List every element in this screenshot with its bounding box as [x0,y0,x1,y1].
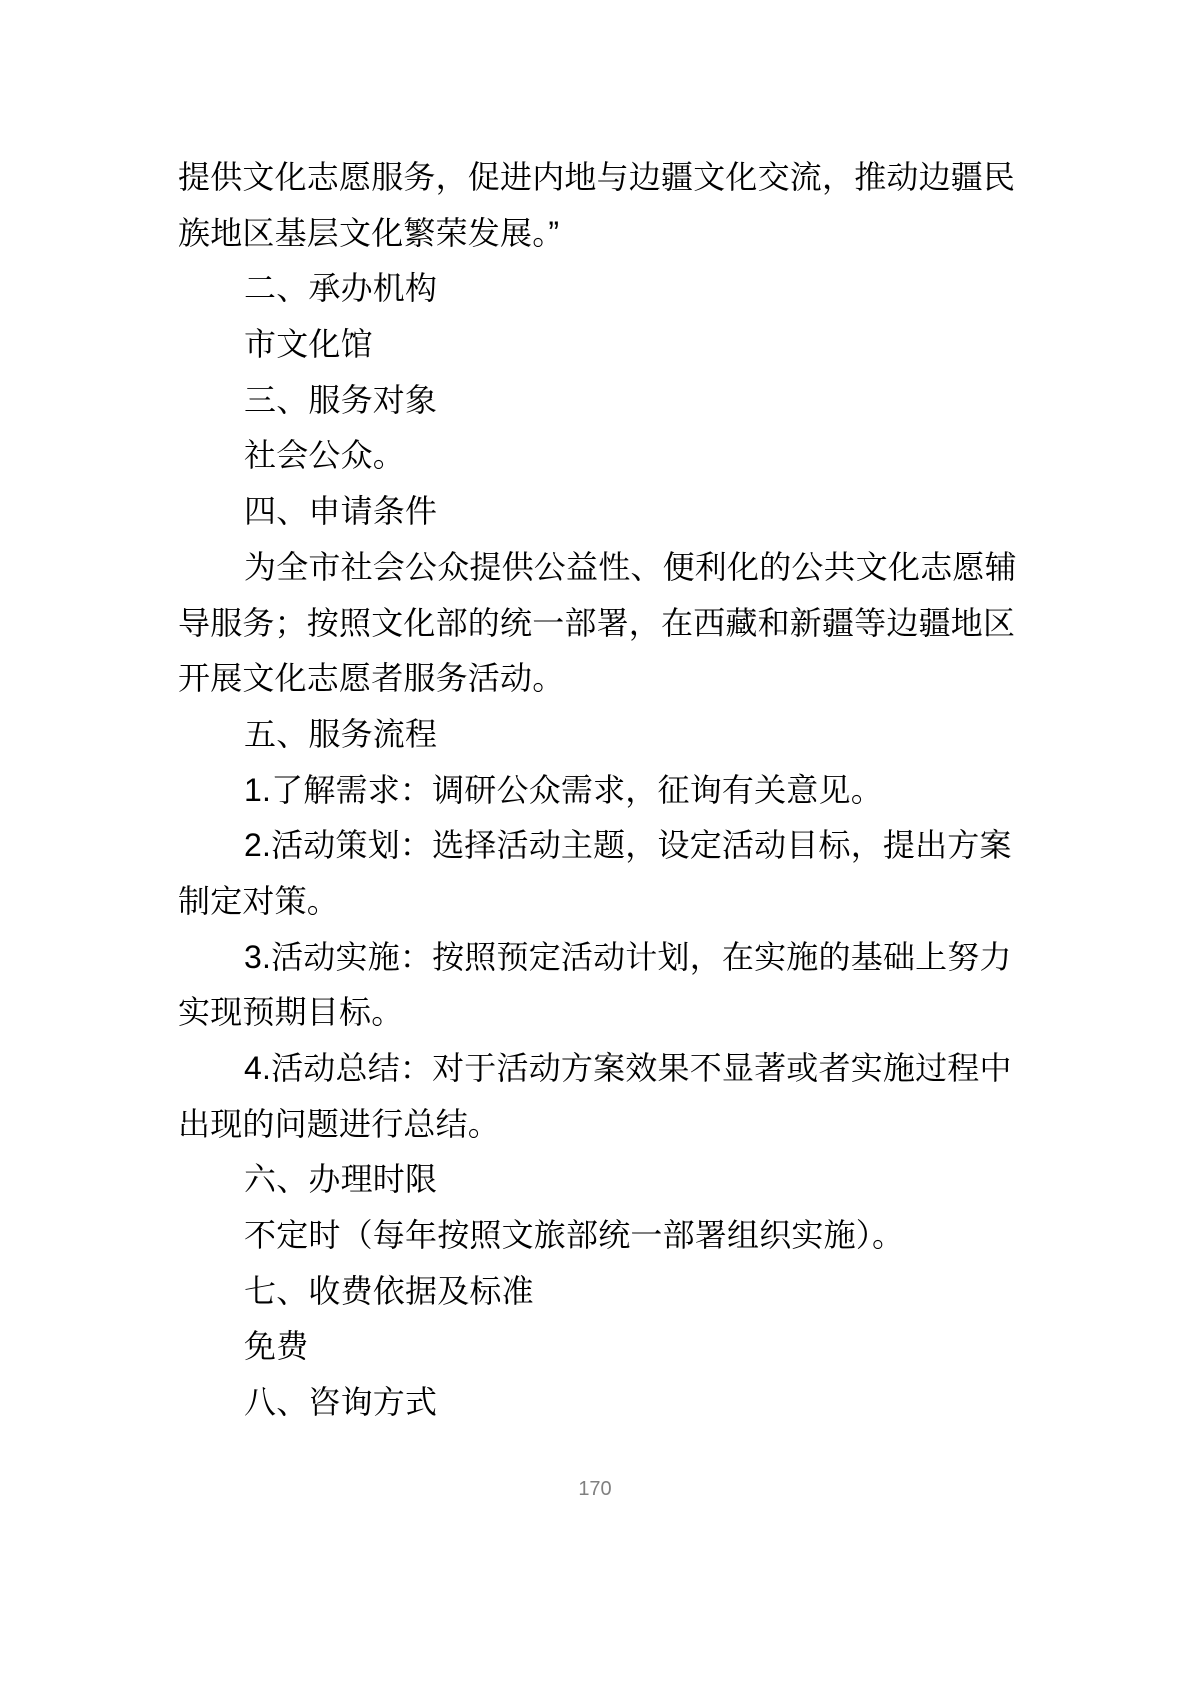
text-line: 2.活动策划：选择活动主题，设定活动目标，提出方案 [178,818,1018,874]
text-line: 市文化馆 [178,317,1018,373]
paragraph: 为全市社会公众提供公益性、便利化的公共文化志愿辅导服务；按照文化部的统一部署，在… [178,540,1018,707]
text-line: 开展文化志愿者服务活动。 [178,651,1018,707]
text-line: 3.活动实施：按照预定活动计划，在实施的基础上努力 [178,930,1018,986]
paragraph: 四、申请条件 [178,484,1018,540]
document-page: 提供文化志愿服务，促进内地与边疆文化交流，推动边疆民族地区基层文化繁荣发展。”二… [0,0,1190,1683]
paragraph: 六、办理时限 [178,1152,1018,1208]
text-line: 八、咨询方式 [178,1375,1018,1431]
text-line: 七、收费依据及标准 [178,1264,1018,1320]
paragraph: 八、咨询方式 [178,1375,1018,1431]
paragraph: 五、服务流程 [178,707,1018,763]
paragraph: 2.活动策划：选择活动主题，设定活动目标，提出方案制定对策。 [178,818,1018,929]
text-line: 社会公众。 [178,428,1018,484]
text-line: 制定对策。 [178,874,1018,930]
paragraph: 市文化馆 [178,317,1018,373]
text-line: 三、服务对象 [178,373,1018,429]
text-line: 二、承办机构 [178,261,1018,317]
text-line: 为全市社会公众提供公益性、便利化的公共文化志愿辅 [178,540,1018,596]
text-line: 实现预期目标。 [178,985,1018,1041]
paragraph: 免费 [178,1319,1018,1375]
paragraph: 不定时（每年按照文旅部统一部署组织实施）。 [178,1208,1018,1264]
paragraph: 4.活动总结：对于活动方案效果不显著或者实施过程中出现的问题进行总结。 [178,1041,1018,1152]
text-line: 出现的问题进行总结。 [178,1097,1018,1153]
text-line: 提供文化志愿服务，促进内地与边疆文化交流，推动边疆民 [178,150,1018,206]
paragraph: 二、承办机构 [178,261,1018,317]
text-line: 1.了解需求：调研公众需求，征询有关意见。 [178,763,1018,819]
paragraph: 提供文化志愿服务，促进内地与边疆文化交流，推动边疆民族地区基层文化繁荣发展。” [178,150,1018,261]
paragraph: 七、收费依据及标准 [178,1264,1018,1320]
text-line: 4.活动总结：对于活动方案效果不显著或者实施过程中 [178,1041,1018,1097]
paragraph: 三、服务对象 [178,373,1018,429]
document-body: 提供文化志愿服务，促进内地与边疆文化交流，推动边疆民族地区基层文化繁荣发展。”二… [178,150,1018,1431]
paragraph: 社会公众。 [178,428,1018,484]
paragraph: 1.了解需求：调研公众需求，征询有关意见。 [178,763,1018,819]
text-line: 导服务；按照文化部的统一部署，在西藏和新疆等边疆地区 [178,596,1018,652]
text-line: 四、申请条件 [178,484,1018,540]
text-line: 族地区基层文化繁荣发展。” [178,206,1018,262]
text-line: 五、服务流程 [178,707,1018,763]
page-number: 170 [0,1477,1190,1501]
text-line: 不定时（每年按照文旅部统一部署组织实施）。 [178,1208,1018,1264]
paragraph: 3.活动实施：按照预定活动计划，在实施的基础上努力实现预期目标。 [178,930,1018,1041]
text-line: 六、办理时限 [178,1152,1018,1208]
text-line: 免费 [178,1319,1018,1375]
